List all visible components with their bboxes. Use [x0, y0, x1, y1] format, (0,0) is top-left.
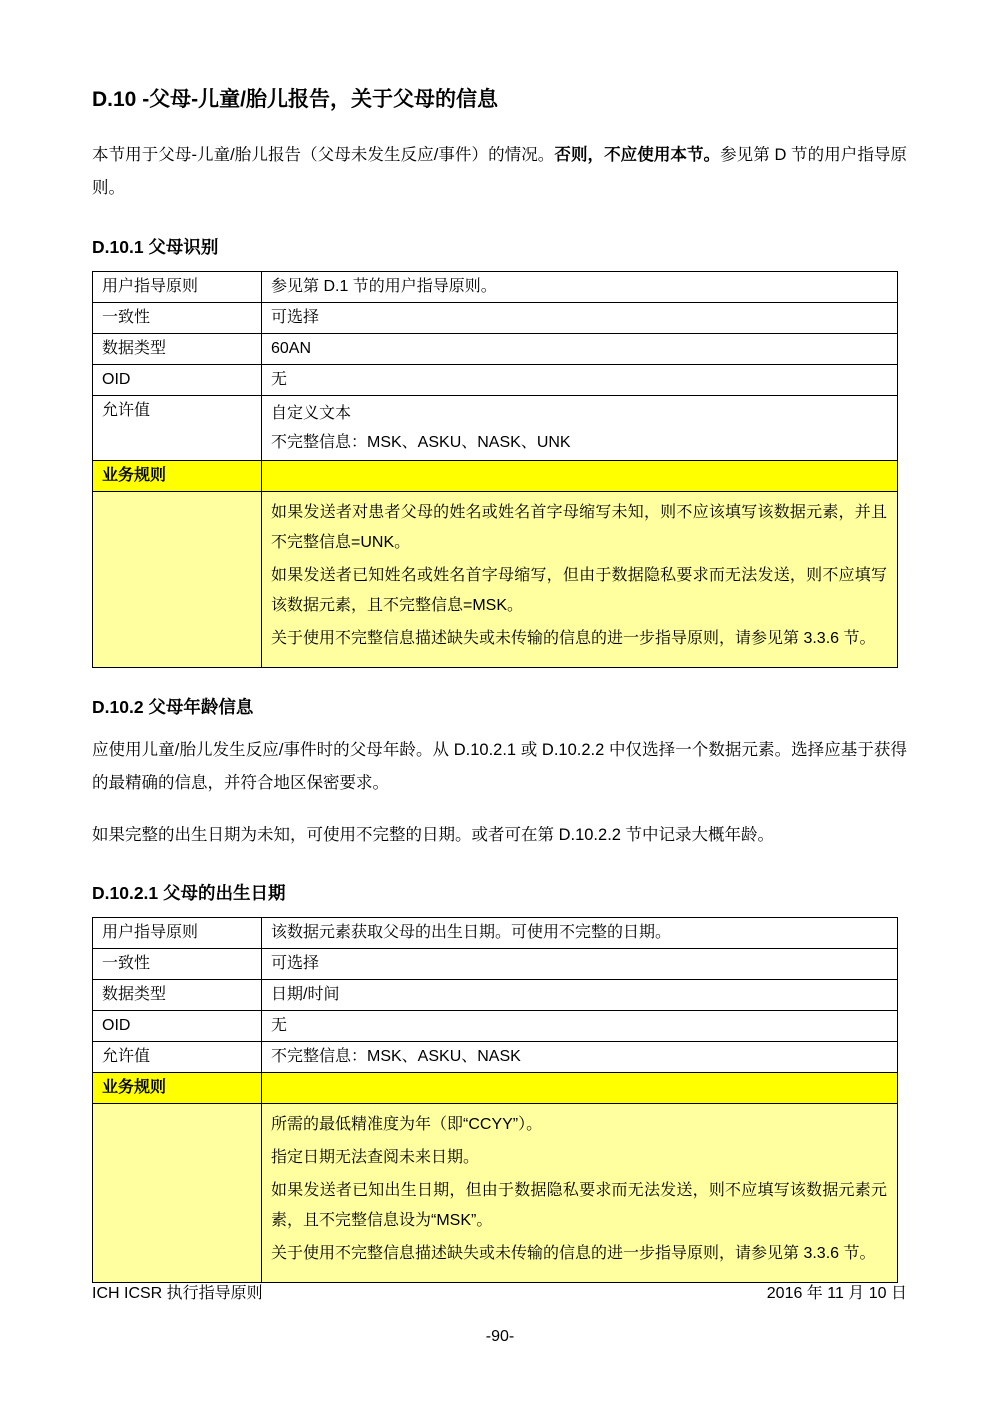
row-value: 自定义文本 不完整信息：MSK、ASKU、NASK、UNK [262, 396, 898, 461]
table-row: 一致性 可选择 [93, 949, 898, 980]
business-rules-content: 如果发送者对患者父母的姓名或姓名首字母缩写未知，则不应该填写该数据元素，并且不完… [262, 492, 898, 668]
row-value: 日期/时间 [262, 980, 898, 1011]
business-rules-content: 所需的最低精准度为年（即“CCYY”）。 指定日期无法查阅未来日期。 如果发送者… [262, 1104, 898, 1283]
business-rules-header-row: 业务规则 [93, 1073, 898, 1104]
row-value: 60AN [262, 334, 898, 365]
table-row: OID 无 [93, 365, 898, 396]
page-title: D.10 -父母-儿童/胎儿报告，关于父母的信息 [92, 86, 907, 114]
rule-paragraph: 如果发送者对患者父母的姓名或姓名首字母缩写未知，则不应该填写该数据元素，并且不完… [271, 498, 887, 558]
d102-paragraph-2: 如果完整的出生日期为未知，可使用不完整的日期。或者可在第 D.10.2.2 节中… [92, 819, 907, 852]
page-number: -90- [0, 1328, 1000, 1346]
section-heading-d101: D.10.1 父母识别 [92, 236, 907, 258]
allowed-value-line: 自定义文本 [271, 399, 887, 428]
business-rules-empty-label [93, 1104, 262, 1283]
business-rules-body-row: 如果发送者对患者父母的姓名或姓名首字母缩写未知，则不应该填写该数据元素，并且不完… [93, 492, 898, 668]
row-label: 一致性 [93, 949, 262, 980]
row-value: 不完整信息：MSK、ASKU、NASK [262, 1042, 898, 1073]
rule-paragraph: 如果发送者已知姓名或姓名首字母缩写，但由于数据隐私要求而无法发送，则不应填写该数… [271, 561, 887, 621]
row-label: 允许值 [93, 1042, 262, 1073]
page-footer: ICH ICSR 执行指导原则 2016 年 11 月 10 日 [92, 1284, 907, 1304]
footer-document-name: ICH ICSR 执行指导原则 [92, 1284, 263, 1304]
row-value: 该数据元素获取父母的出生日期。可使用不完整的日期。 [262, 918, 898, 949]
section-heading-d102: D.10.2 父母年龄信息 [92, 696, 907, 718]
row-label: 用户指导原则 [93, 272, 262, 303]
row-label: OID [93, 1011, 262, 1042]
business-rules-body-row: 所需的最低精准度为年（即“CCYY”）。 指定日期无法查阅未来日期。 如果发送者… [93, 1104, 898, 1283]
table-row: 数据类型 日期/时间 [93, 980, 898, 1011]
d102-paragraph-1: 应使用儿童/胎儿发生反应/事件时的父母年龄。从 D.10.2.1 或 D.10.… [92, 734, 907, 800]
table-row: 用户指导原则 参见第 D.1 节的用户指导原则。 [93, 272, 898, 303]
row-label: 一致性 [93, 303, 262, 334]
business-rules-header-empty-cell [262, 1073, 898, 1104]
rule-paragraph: 关于使用不完整信息描述缺失或未传输的信息的进一步指导原则，请参见第 3.3.6 … [271, 624, 887, 654]
row-value: 无 [262, 365, 898, 396]
business-rules-label: 业务规则 [93, 1073, 262, 1104]
table-row: 用户指导原则 该数据元素获取父母的出生日期。可使用不完整的日期。 [93, 918, 898, 949]
page-content: D.10 -父母-儿童/胎儿报告，关于父母的信息 本节用于父母-儿童/胎儿报告（… [0, 0, 1000, 1283]
footer-date: 2016 年 11 月 10 日 [767, 1284, 907, 1304]
intro-paragraph: 本节用于父母-儿童/胎儿报告（父母未发生反应/事件）的情况。否则，不应使用本节。… [92, 139, 907, 205]
table-row: 一致性 可选择 [93, 303, 898, 334]
table-row: 数据类型 60AN [93, 334, 898, 365]
row-value: 参见第 D.1 节的用户指导原则。 [262, 272, 898, 303]
row-label: 数据类型 [93, 980, 262, 1011]
row-label: 允许值 [93, 396, 262, 461]
business-rules-header-row: 业务规则 [93, 461, 898, 492]
rule-paragraph: 指定日期无法查阅未来日期。 [271, 1143, 887, 1173]
row-value: 可选择 [262, 303, 898, 334]
rule-paragraph: 关于使用不完整信息描述缺失或未传输的信息的进一步指导原则，请参见第 3.3.6 … [271, 1239, 887, 1269]
rule-paragraph: 所需的最低精准度为年（即“CCYY”）。 [271, 1110, 887, 1140]
row-value: 可选择 [262, 949, 898, 980]
section-heading-d1021: D.10.2.1 父母的出生日期 [92, 882, 907, 904]
table-row: 允许值 自定义文本 不完整信息：MSK、ASKU、NASK、UNK [93, 396, 898, 461]
row-value: 无 [262, 1011, 898, 1042]
row-label: 用户指导原则 [93, 918, 262, 949]
row-label: OID [93, 365, 262, 396]
business-rules-header-empty-cell [262, 461, 898, 492]
table-row: OID 无 [93, 1011, 898, 1042]
allowed-value-line: 不完整信息：MSK、ASKU、NASK、UNK [271, 428, 887, 457]
spec-table-d1021: 用户指导原则 该数据元素获取父母的出生日期。可使用不完整的日期。 一致性 可选择… [92, 917, 898, 1283]
business-rules-empty-label [93, 492, 262, 668]
spec-table-d101: 用户指导原则 参见第 D.1 节的用户指导原则。 一致性 可选择 数据类型 60… [92, 271, 898, 668]
rule-paragraph: 如果发送者已知出生日期，但由于数据隐私要求而无法发送，则不应填写该数据元素元素，… [271, 1176, 887, 1236]
intro-text-bold: 否则，不应使用本节。 [554, 146, 720, 164]
row-label: 数据类型 [93, 334, 262, 365]
intro-text-normal-1: 本节用于父母-儿童/胎儿报告（父母未发生反应/事件）的情况。 [92, 146, 554, 164]
business-rules-label: 业务规则 [93, 461, 262, 492]
table-row: 允许值 不完整信息：MSK、ASKU、NASK [93, 1042, 898, 1073]
